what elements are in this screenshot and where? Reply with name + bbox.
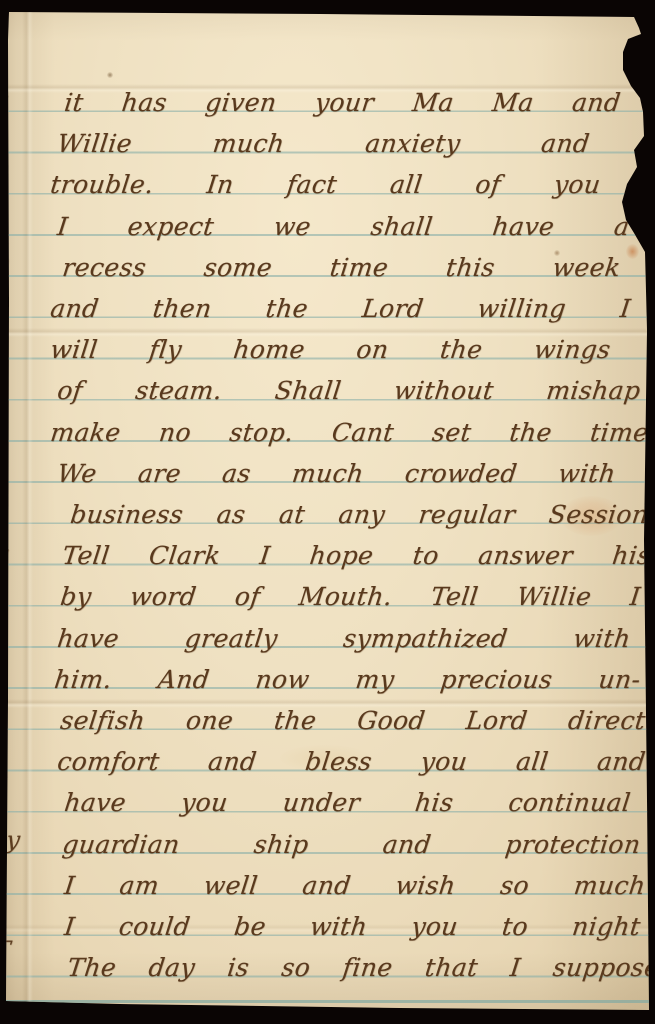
ruled-lines (0, 71, 655, 1024)
margin-ink-fragment: T (0, 936, 22, 964)
ink-speck (107, 72, 113, 78)
margin-ink-fragment: n (0, 416, 22, 444)
margin-ink-fragment: y (0, 233, 22, 261)
letter-line: of steam. Shall without mishap (55, 370, 643, 411)
fold-crease (0, 699, 655, 708)
letter-line: Willie much anxiety and (55, 123, 592, 164)
letter-line: recess some time this week (60, 247, 623, 288)
letter-line: trouble. In fact all of you (48, 164, 603, 205)
letter-scan: it has given your Ma Ma and Willie much … (0, 0, 655, 1024)
fold-crease-vertical (22, 12, 33, 1004)
margin-ink-fragment: - (0, 880, 22, 908)
letter-line: I could be with you to night (62, 906, 643, 947)
letter-line: business as at any regular Session (68, 494, 651, 535)
margin-ink-fragment: sy (0, 826, 22, 854)
letter-line: it has given your Ma Ma and (62, 82, 623, 123)
letter-line: make no stop. Cant set the time (48, 412, 651, 453)
letter-line: by word of Mouth. Tell Willie I (58, 576, 643, 617)
foxing-stain (626, 244, 639, 259)
letter-line: have you under his continual (62, 782, 633, 823)
letter-line: comfort and bless you all and (55, 741, 648, 782)
letter-line: him. And now my precious un- (52, 659, 643, 700)
letter-line: selfish one the Good Lord direct (58, 700, 648, 741)
letter-line: The day is so fine that I suppose (65, 947, 655, 988)
margin-ink-fragment: 9 (0, 252, 22, 280)
margin-ink-fragment: g (0, 540, 22, 568)
letter-line: and then the Lord willing I (48, 288, 633, 329)
margin-ink-fragment: l (0, 446, 22, 474)
letter-page: it has given your Ma Ma and Willie much … (0, 0, 655, 1024)
letter-line: guardian ship and protection (60, 824, 643, 865)
margin-ink-fragment: s (0, 618, 22, 646)
letter-line: I am well and wish so much (62, 865, 648, 906)
letter-line: I expect we shall have a (55, 206, 632, 247)
fold-crease (0, 328, 655, 337)
letter-line: have greatly sympathized with (55, 618, 633, 659)
letter-line: Tell Clark I hope to answer his (60, 535, 653, 576)
letter-line: will fly home on the wings (48, 329, 613, 370)
fold-crease (0, 84, 655, 93)
foxing-stain (280, 745, 370, 771)
fold-crease (0, 924, 655, 933)
margin-ink-fragment: s (0, 656, 22, 684)
ruled-line-bottom-edge (0, 1000, 655, 1003)
ink-speck (554, 250, 560, 256)
letter-line: We are as much crowded with (55, 453, 618, 494)
foxing-stain (560, 496, 622, 536)
margin-ink-fragment: y (0, 86, 22, 114)
